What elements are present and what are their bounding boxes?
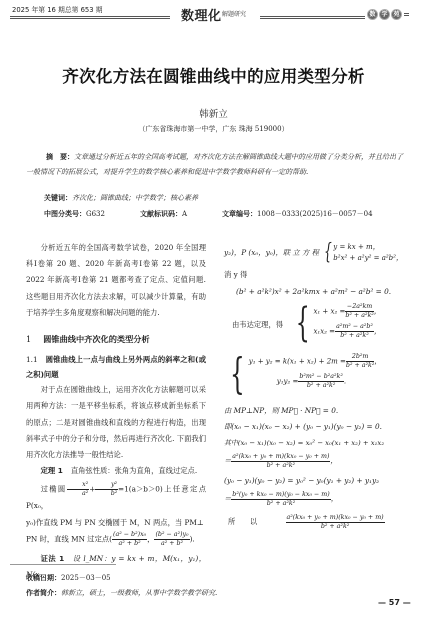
- author-affiliation: （广东省珠海市第一中学，广东 珠海 519000）: [0, 124, 427, 134]
- received-date: 2025－03－05: [61, 574, 111, 582]
- journal-section: 解题研究: [222, 9, 246, 18]
- equation-system: { y = kx + m， b²x² + a²y² = a²b²，: [321, 242, 403, 264]
- left-column: 分析近五年的全国高考数学试卷，2020 年全国理科Ⅰ卷第 20 题、2020 年…: [26, 240, 206, 583]
- conclusion-line: 所 以 a²(kx₀ + y₀ + m)(kx₀ − y₀ + m)b² + a…: [224, 511, 414, 533]
- y-system: { y₁ + y₂ = k(x₁ + x₂) + 2m =2b²mb² + a²…: [224, 353, 381, 395]
- doc-code-label: 文献标识码：: [140, 210, 182, 218]
- y-result: ＝b²(y₀ + kx₀ − m)(y₀ − kx₀ − m)b² + a²k²…: [224, 489, 414, 509]
- logo-circle-icon: 数: [367, 9, 378, 20]
- article-title: 齐次化方法在圆锥曲线中的应用类型分析: [0, 63, 427, 87]
- keywords: 关键词：齐次化；圆锥曲线；中学数学；核心素养: [44, 193, 198, 203]
- conclusion-fraction: a²(kx₀ + y₀ + m)(kx₀ − y₀ + m)b² + a²k²: [286, 514, 385, 531]
- x-result: ＝a²(kx₀ + y₀ + m)(kx₀ − y₀ + m)b² + a²k²…: [224, 451, 414, 471]
- bio-label: 作者简介：: [26, 589, 61, 597]
- x-expansion: 其中(x₀ − x₁)(x₀ − x₂) = x₀² − x₀(x₁ + x₂)…: [224, 435, 414, 451]
- quadratic-equation: (b² + a²k²)x² + 2a²kmx + a²m² − a²b² = 0…: [224, 285, 414, 299]
- clc-label: 中图分类号：: [44, 210, 86, 218]
- vieta-system: { x₁ + x₂ =−2a²kmb² + a²k²， x₁x₂ =a²m² −…: [290, 303, 381, 343]
- ellipse-y-term: y²b²: [95, 481, 118, 498]
- brace-icon: {: [230, 353, 245, 395]
- eq-system-line: y₂)，P (x₀，y₀)，联 立 方 程 { y = kx + m， b²x²…: [224, 242, 414, 268]
- eliminate-y: 消 y 得: [224, 268, 414, 282]
- abstract: 摘 要：文章通过分析近五年的全国高考试题，对齐次化方法在解圆锥曲线大题中的应用做…: [26, 150, 404, 179]
- issue-info: 2025 年第 16 期总第 653 期: [12, 4, 103, 14]
- vieta-label: 由韦达定理，得: [232, 318, 283, 332]
- section-number: 1: [26, 334, 31, 344]
- header-rule-left: [10, 16, 170, 19]
- theorem-label: 定理 1: [41, 466, 63, 475]
- clc-value: G632: [86, 210, 105, 218]
- running-header: 2025 年第 16 期总第 653 期 数理化 解题研究 数 学 苑: [0, 0, 427, 28]
- intro-paragraph: 分析近五年的全国高考数学试卷，2020 年全国理科Ⅰ卷第 20 题、2020 年…: [26, 240, 206, 321]
- fixed-point-y: (b² − a²)y₀a² + b²: [154, 531, 189, 548]
- header-rule-tail: [404, 13, 409, 16]
- section-1-1-heading: 1.1圆锥曲线上一点与曲线上另外两点的斜率之和(或之积)问题: [26, 352, 206, 382]
- keywords-text: 齐次化；圆锥曲线；中学数学；核心素养: [72, 194, 198, 202]
- theorem-body-text: 过椭圆: [41, 485, 67, 494]
- y-relations-block: { y₁ + y₂ = k(x₁ + x₂) + 2m =2b²mb² + a²…: [224, 353, 414, 399]
- footnote: 收稿日期：2025－03－05 作者简介：韩新立，硕士，一级教师，从事中学数学教…: [26, 571, 406, 601]
- abstract-text: 文章通过分析近五年的全国高考试题，对齐次化方法在解圆锥曲线大题中的应用做了分类分…: [26, 153, 403, 176]
- article-no-value: 1008－0333(2025)16－0057－04: [257, 210, 373, 218]
- so-label: 所 以: [224, 517, 257, 526]
- theorem-statement: 直角弦性质：张角为直角，直线过定点.: [71, 466, 197, 475]
- article-author: 韩新立: [0, 106, 427, 120]
- eq-text: y₂)，P (x₀，y₀)，联 立 方 程: [224, 248, 319, 257]
- article-no-label: 文章编号：: [222, 210, 257, 218]
- brace-icon: {: [296, 303, 310, 343]
- abstract-label: 摘 要：: [46, 153, 74, 161]
- y-expansion: (y₀ − y₁)(y₀ − y₂) = y₀² − y₀(y₁ + y₂) +…: [224, 473, 414, 489]
- logo-circle-icon: 苑: [391, 9, 402, 20]
- perpendicular-condition: 由 MP⊥NP，则 MP⃗ · NP⃗ = 0.: [224, 403, 414, 419]
- page-number: — 57 —: [378, 598, 411, 607]
- theorem-1: 定理 1直角弦性质：张角为直角，直线过定点.: [26, 463, 206, 479]
- section-1-heading: 1圆锥曲线中齐次化的类型分析: [26, 331, 206, 347]
- proof-label: 证法 1: [41, 554, 65, 563]
- theorem-conclusion-text: PN 时，直线 MN 过定点(: [26, 534, 112, 543]
- header-rule-right: [260, 16, 365, 19]
- received-label: 收稿日期：: [26, 574, 61, 582]
- section-title: 圆锥曲线中齐次化的类型分析: [43, 334, 149, 344]
- logo-circle-icon: 学: [379, 9, 390, 20]
- theorem-body-line: y₀)作直线 PM 与 PN 交椭圆于 M，N 两点，当 PM⊥: [26, 515, 206, 531]
- method-paragraph: 对于点在圆锥曲线上，运用齐次化方法解题可以采用两种方法：一是平移坐标系，将该点移…: [26, 382, 206, 463]
- keywords-label: 关键词：: [44, 194, 72, 202]
- column-logo: 数 学 苑: [367, 9, 402, 20]
- right-column: y₂)，P (x₀，y₀)，联 立 方 程 { y = kx + m， b²x²…: [224, 242, 414, 533]
- theorem-body: 过椭圆x²a²+y²b²=1(a＞b＞0)上任意定点 P(x₀，: [26, 481, 206, 514]
- ellipse-x-term: x²a²: [67, 481, 90, 498]
- dot-product-expansion: 即(x₀ − x₁)(x₀ − x₂) + (y₀ − y₁)(y₀ − y₂)…: [224, 419, 414, 435]
- footnote-rule: [10, 564, 116, 565]
- subsection-number: 1.1: [26, 355, 38, 364]
- theorem-conclusion: PN 时，直线 MN 过定点((a² − b²)x₀a² + b²，(b² − …: [26, 531, 206, 548]
- subsection-title: 圆锥曲线上一点与曲线上另外两点的斜率之和(或之积)问题: [26, 355, 206, 379]
- doc-code-value: A: [182, 210, 187, 218]
- fixed-point-x: (a² − b²)x₀a² + b²: [112, 531, 147, 548]
- brace-icon: {: [324, 242, 332, 264]
- journal-brand: 数理化: [181, 5, 222, 24]
- vieta-block: 由韦达定理，得 { x₁ + x₂ =−2a²kmb² + a²k²， x₁x₂…: [224, 303, 414, 347]
- bio-text: 韩新立，硕士，一级教师，从事中学数学教学研究.: [61, 589, 217, 597]
